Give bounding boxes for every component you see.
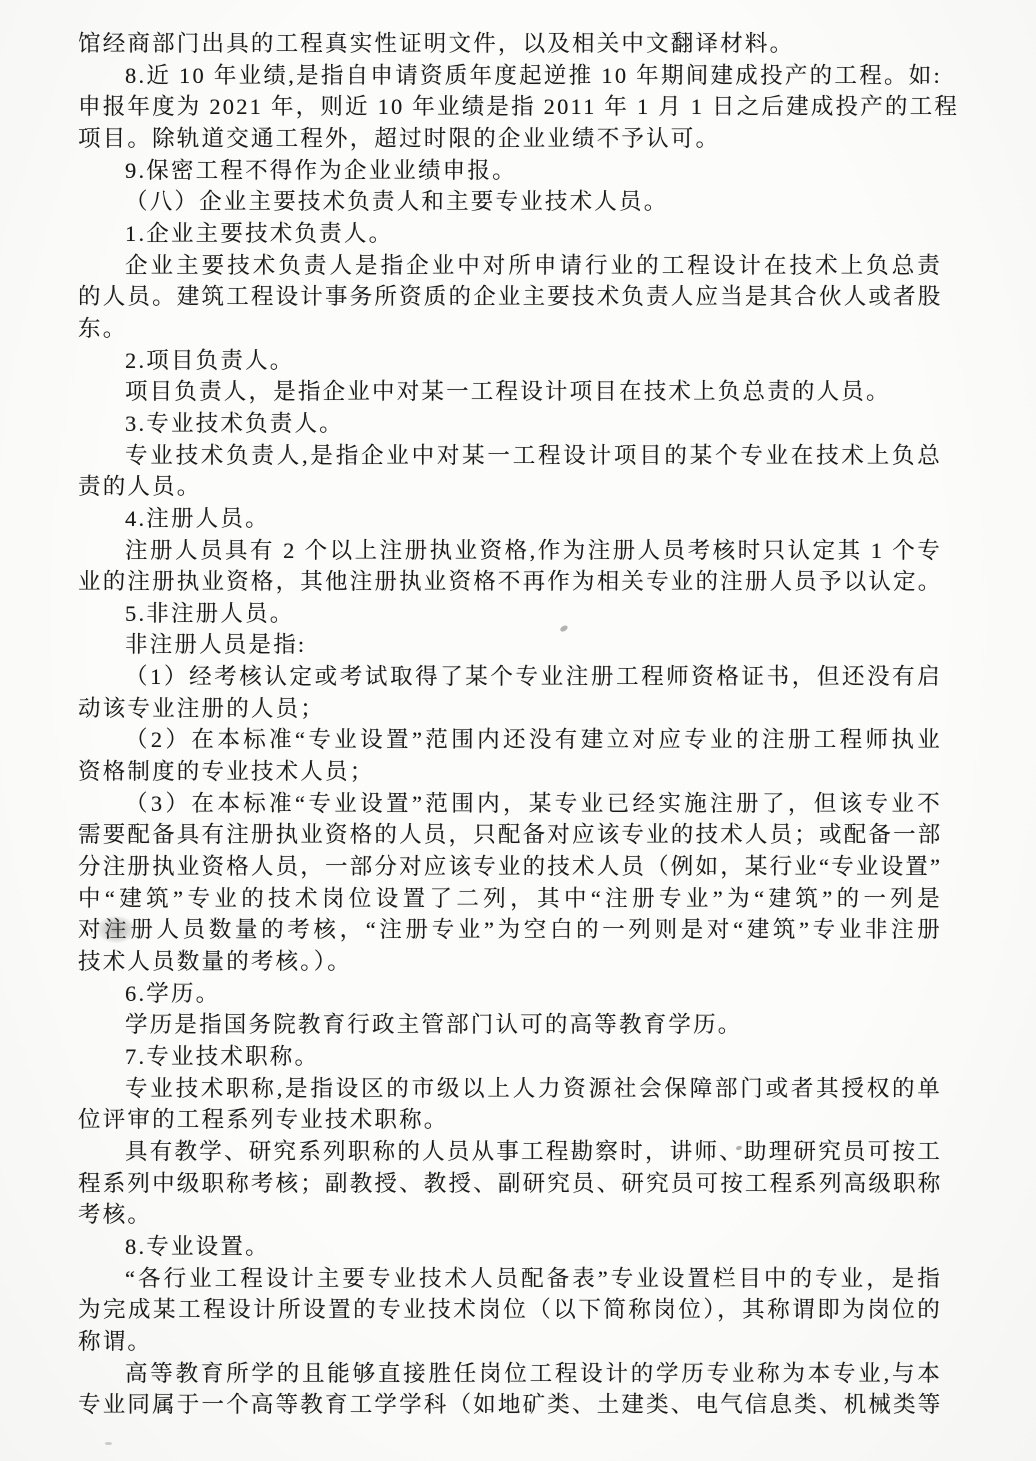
- text-line: 称谓。: [78, 1326, 942, 1358]
- text-line: 技术人员数量的考核。）。: [78, 946, 942, 978]
- text-line: 6.学历。: [78, 978, 942, 1010]
- text-line: 专业技术负责人,是指企业中对某一工程设计项目的某个专业在技术上负总: [78, 440, 942, 472]
- text-line: 动该专业注册的人员；: [78, 693, 942, 725]
- text-line: 申报年度为 2021 年，则近 10 年业绩是指 2011 年 1 月 1 日之…: [78, 91, 942, 123]
- text-line: 7.专业技术职称。: [78, 1041, 942, 1073]
- text-line: 项目。除轨道交通工程外，超过时限的企业业绩不予认可。: [78, 123, 942, 155]
- text-line: 5.非注册人员。: [78, 598, 942, 630]
- text-line: （1）经考核认定或考试取得了某个专业注册工程师资格证书，但还没有启: [78, 661, 942, 693]
- text-line: 非注册人员是指:: [78, 629, 942, 661]
- text-line: 2.项目负责人。: [78, 345, 942, 377]
- text-line: 程系列中级职称考核；副教授、教授、副研究员、研究员可按工程系列高级职称: [78, 1168, 942, 1200]
- text-line: 1.企业主要技术负责人。: [78, 218, 942, 250]
- text-line: 资格制度的专业技术人员；: [78, 756, 942, 788]
- text-line: “各行业工程设计主要专业技术人员配备表”专业设置栏目中的专业，是指: [78, 1263, 942, 1295]
- document-text-block: 馆经商部门出具的工程真实性证明文件，以及相关中文翻译材料。8.近 10 年业绩,…: [78, 28, 942, 1421]
- text-line: 中“建筑”专业的技术岗位设置了二列，其中“注册专业”为“建筑”的一列是: [78, 883, 942, 915]
- document-page: 馆经商部门出具的工程真实性证明文件，以及相关中文翻译材料。8.近 10 年业绩,…: [0, 0, 1036, 1461]
- text-line: 专业同属于一个高等教育工学学科（如地矿类、土建类、电气信息类、机械类等: [78, 1389, 942, 1421]
- text-line: 位评审的工程系列专业技术职称。: [78, 1104, 942, 1136]
- text-line: 4.注册人员。: [78, 503, 942, 535]
- text-line: 具有教学、研究系列职称的人员从事工程勘察时，讲师、助理研究员可按工: [78, 1136, 942, 1168]
- scan-speckle: [105, 1442, 112, 1445]
- text-line: 专业技术职称,是指设区的市级以上人力资源社会保障部门或者其授权的单: [78, 1073, 942, 1105]
- text-line: 9.保密工程不得作为企业业绩申报。: [78, 155, 942, 187]
- text-line: 对注册人员数量的考核，“注册专业”为空白的一列则是对“建筑”专业非注册: [78, 914, 942, 946]
- text-line: （3）在本标准“专业设置”范围内，某专业已经实施注册了，但该专业不: [78, 788, 942, 820]
- text-line: （2）在本标准“专业设置”范围内还没有建立对应专业的注册工程师执业: [78, 724, 942, 756]
- text-line: 责的人员。: [78, 471, 942, 503]
- text-line: 项目负责人，是指企业中对某一工程设计项目在技术上负总责的人员。: [78, 376, 942, 408]
- text-line: 东。: [78, 313, 942, 345]
- text-line: 8.专业设置。: [78, 1231, 942, 1263]
- text-line: 企业主要技术负责人是指企业中对所申请行业的工程设计在技术上负总责: [78, 250, 942, 282]
- text-line: 学历是指国务院教育行政主管部门认可的高等教育学历。: [78, 1009, 942, 1041]
- text-line: 为完成某工程设计所设置的专业技术岗位（以下简称岗位），其称谓即为岗位的: [78, 1294, 942, 1326]
- text-line: 馆经商部门出具的工程真实性证明文件，以及相关中文翻译材料。: [78, 28, 942, 60]
- text-line: 业的注册执业资格，其他注册执业资格不再作为相关专业的注册人员予以认定。: [78, 566, 942, 598]
- text-line: 8.近 10 年业绩,是指自申请资质年度起逆推 10 年期间建成投产的工程。如:: [78, 60, 942, 92]
- text-line: （八）企业主要技术负责人和主要专业技术人员。: [78, 186, 942, 218]
- text-line: 的人员。建筑工程设计事务所资质的企业主要技术负责人应当是其合伙人或者股: [78, 281, 942, 313]
- text-line: 需要配备具有注册执业资格的人员，只配备对应该专业的技术人员；或配备一部: [78, 819, 942, 851]
- text-line: 分注册执业资格人员，一部分对应该专业的技术人员（例如，某行业“专业设置”: [78, 851, 942, 883]
- text-line: 注册人员具有 2 个以上注册执业资格,作为注册人员考核时只认定其 1 个专: [78, 535, 942, 567]
- text-line: 3.专业技术负责人。: [78, 408, 942, 440]
- text-line: 考核。: [78, 1199, 942, 1231]
- text-line: 高等教育所学的且能够直接胜任岗位工程设计的学历专业称为本专业,与本: [78, 1358, 942, 1390]
